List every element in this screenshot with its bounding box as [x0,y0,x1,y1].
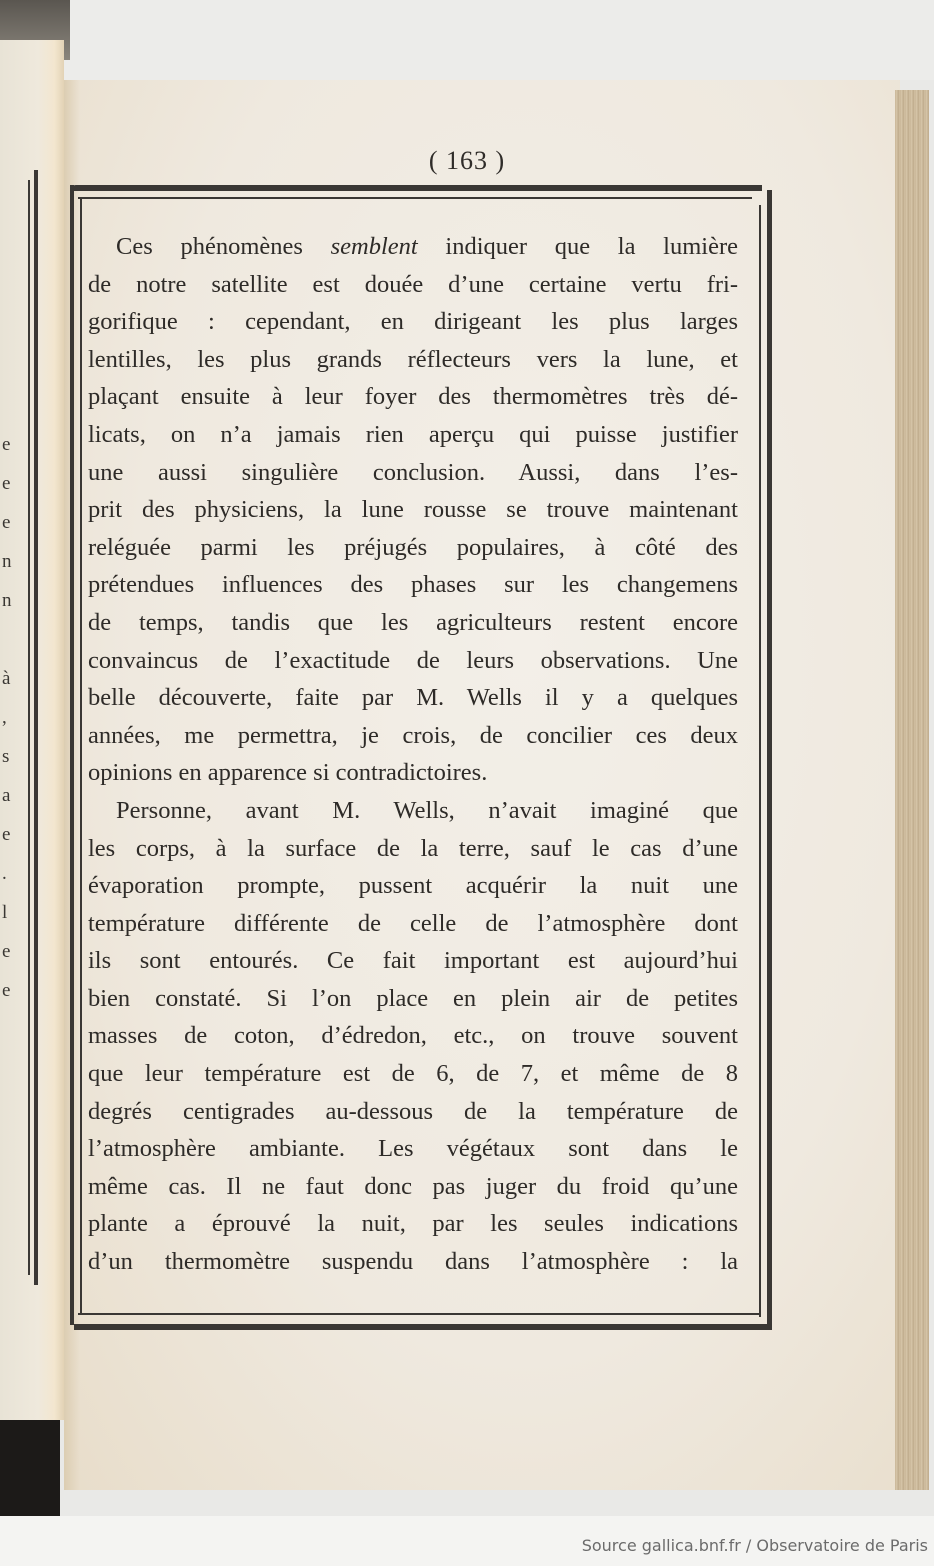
text-line: licats, on n’a jamais rien aperçu qui pu… [88,416,738,454]
line-ending: à [2,659,28,698]
frame-border-left [70,185,74,1325]
text-line: de notre satellite est douée d’une certa… [88,266,738,304]
text-line: opinions en apparence si contradictoires… [88,754,738,792]
source-attribution: Source gallica.bnf.fr / Observatoire de … [582,1536,928,1555]
line-ending: n [2,581,28,620]
left-page-line-endings: e e e n n à , s a e . l e e [2,425,28,1010]
text-line: masses de coton, d’édredon, etc., on tro… [88,1017,738,1055]
text-line: Ces phénomènes semblent indiquer que la … [88,228,738,266]
page-number: ( 163 ) [0,146,934,176]
text-line: d’un thermomètre suspendu dans l’atmosph… [88,1243,738,1281]
text-line: une aussi singulière conclusion. Aussi, … [88,454,738,492]
line-ending: e [2,503,28,542]
line-ending: , [2,698,28,737]
line-ending: e [2,971,28,1010]
text-line: ils sont entourés. Ce fait important est… [88,942,738,980]
text-line: évaporation prompte, pussent acquérir la… [88,867,738,905]
text-line: années, me permettra, je crois, de conci… [88,717,738,755]
book-scan: e e e n n à , s a e . l e e ( 163 ) Ces … [0,0,934,1516]
text-line: température différente de celle de l’atm… [88,905,738,943]
frame-border-top-inner [78,197,752,199]
line-ending: n [2,542,28,581]
line-ending: e [2,425,28,464]
text-line: convaincus de l’exactitude de leurs obse… [88,642,738,680]
text-line: belle découverte, faite par M. Wells il … [88,679,738,717]
text-line: les corps, à la surface de la terre, sau… [88,830,738,868]
line-ending: e [2,815,28,854]
frame-border-right [767,190,772,1330]
line-ending: e [2,464,28,503]
line-ending: s [2,737,28,776]
text-line: l’atmosphère ambiante. Les végétaux sont… [88,1130,738,1168]
text-line: lentilles, les plus grands réflecteurs v… [88,341,738,379]
text-line: degrés centigrades au-dessous de la temp… [88,1093,738,1131]
paragraph-2: Personne, avant M. Wells, n’avait imagin… [88,792,738,1281]
left-page-frame-rule [34,170,38,1285]
text-line: reléguée parmi les préjugés populaires, … [88,529,738,567]
text-line: prit des physiciens, la lune rousse se t… [88,491,738,529]
text-line: Personne, avant M. Wells, n’avait imagin… [88,792,738,830]
page-block-edges [895,90,929,1490]
background-top [0,0,934,80]
frame-border-right-inner [759,205,761,1317]
frame-border-left-inner [80,197,82,1313]
frame-border-top [70,185,762,191]
line-ending: e [2,932,28,971]
text-line: gorifique : cependant, en dirigeant les … [88,303,738,341]
body-text: Ces phénomènes semblent indiquer que la … [88,228,738,1281]
paragraph-1: Ces phénomènes semblent indiquer que la … [88,228,738,792]
text-line: que leur température est de 6, de 7, et … [88,1055,738,1093]
text-line: plaçant ensuite à leur foyer des thermom… [88,378,738,416]
text-line: bien constaté. Si l’on place en plein ai… [88,980,738,1018]
frame-border-bottom [74,1324,772,1330]
left-page-frame-rule-inner [28,180,30,1275]
text-line: même cas. Il ne faut donc pas juger du f… [88,1168,738,1206]
line-ending: a [2,776,28,815]
text-line: prétendues influences des phases sur les… [88,566,738,604]
line-ending [2,620,28,659]
frame-border-bottom-inner [78,1313,761,1315]
line-ending: l [2,893,28,932]
text-line: de temps, tandis que les agriculteurs re… [88,604,738,642]
line-ending: . [2,854,28,893]
text-line: plante a éprouvé la nuit, par les seules… [88,1205,738,1243]
